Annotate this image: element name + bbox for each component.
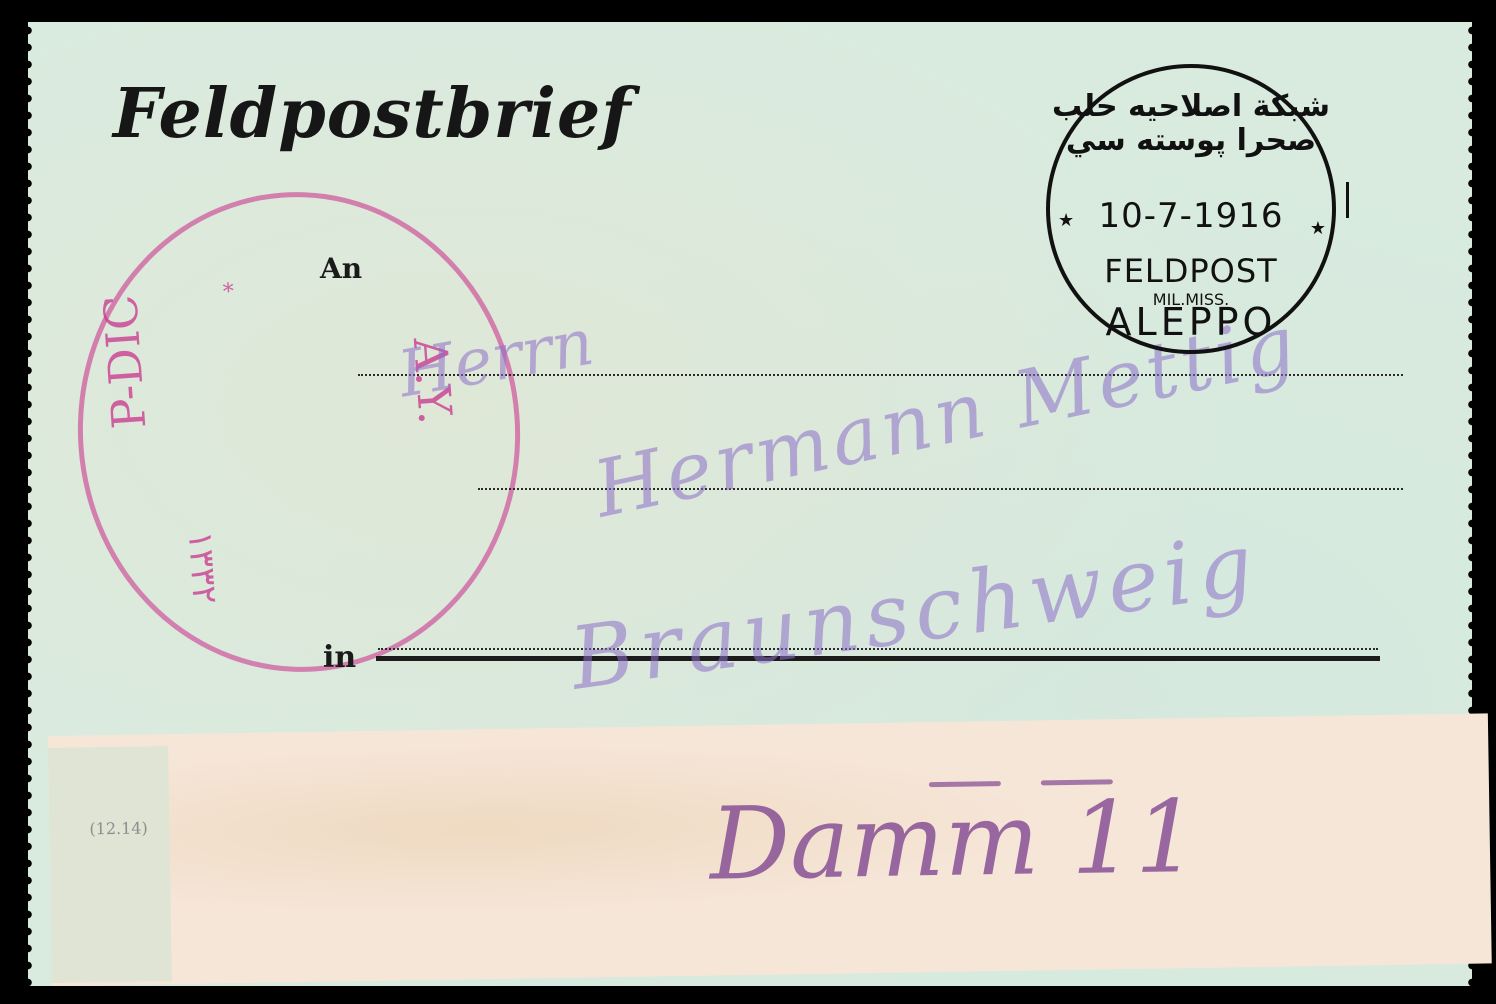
strip-handwriting: Damm 11 — [709, 778, 1199, 903]
censor-middle-text: ١٣٣٢ — [167, 353, 224, 605]
censor-star-icon: * — [222, 279, 235, 305]
star-icon: ★ — [1310, 218, 1326, 239]
postmark-edge-mark — [1346, 182, 1365, 218]
censor-left-text: P-DIC — [93, 293, 156, 431]
postmark-city: ALEPPO — [1050, 300, 1332, 344]
postmark-arabic-text: شبكة اصلاحيه حلب صحرا پوسته سي — [1050, 90, 1332, 158]
perforation-left — [23, 22, 33, 986]
address-label-to: An — [320, 252, 362, 285]
strip-tab — [48, 746, 172, 983]
postmark-date: 10-7-1916 — [1050, 196, 1332, 236]
postmark-feldpost: FELDPOST — [1050, 252, 1332, 290]
handwritten-line-3: Braunschweig — [564, 514, 1264, 709]
censor-stamp: * P-DIC ١٣٣٢ A.Y. — [62, 177, 536, 687]
paper-strip: (12.14) Damm 11 — [48, 713, 1492, 986]
aleppo-postmark: شبكة اصلاحيه حلب صحرا پوسته سي ★ 10-7-19… — [1046, 64, 1336, 354]
card-title: Feldpostbrief — [113, 74, 632, 154]
address-label-in: in — [323, 640, 356, 675]
print-code: (12.14) — [89, 818, 148, 838]
